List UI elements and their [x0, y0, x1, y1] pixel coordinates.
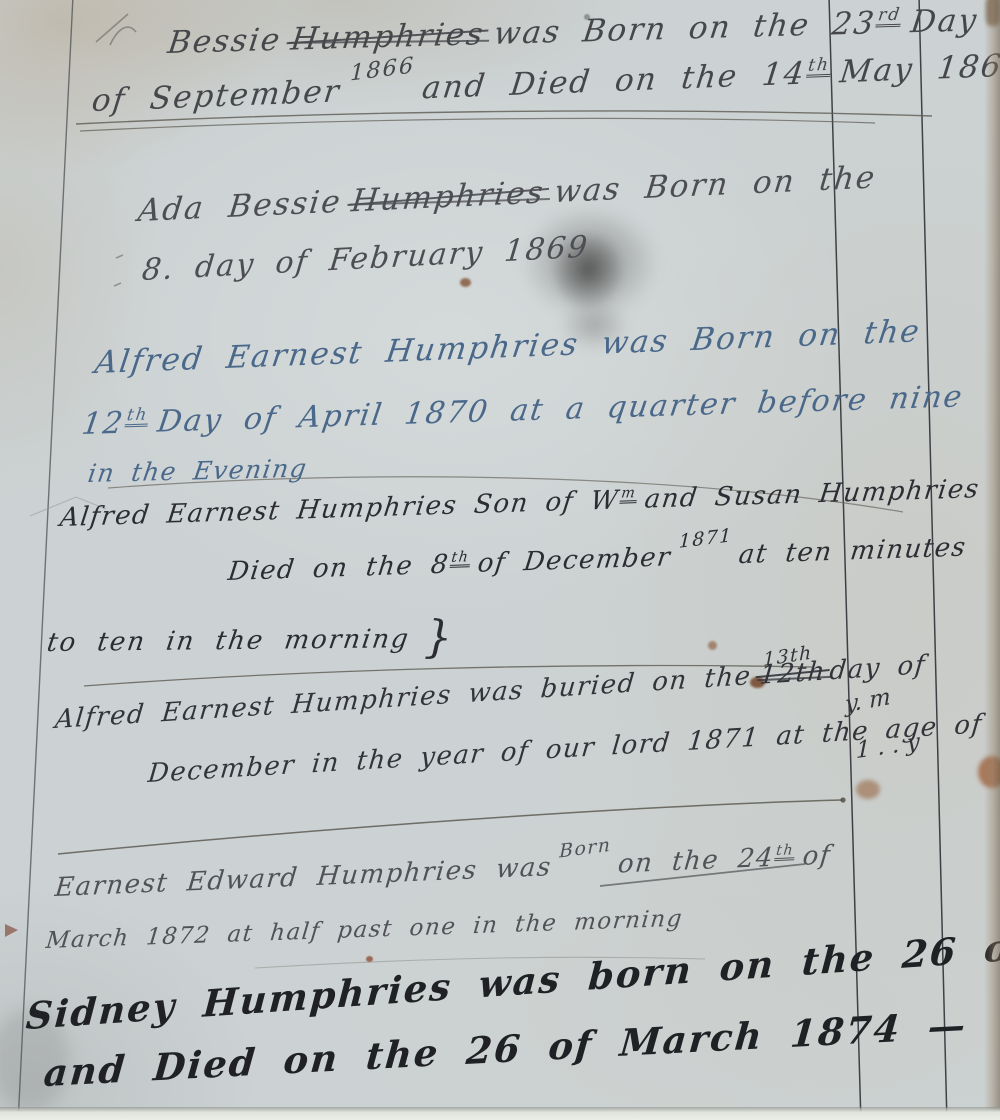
text-segment: Alfred Earnest Humphries was Born on the [93, 313, 924, 381]
text-segment: 12 [80, 406, 127, 443]
text-segment: Alfred Earnest Humphries Son of W [58, 485, 621, 533]
text-segment: Day [909, 2, 981, 40]
text-segment: Sidney Humphries was born on the 26 of J… [24, 910, 1000, 1038]
entry-separator-3 [58, 800, 842, 854]
ordinal-superscript: th [806, 57, 832, 78]
text-segment: March 1872 at half past one in the morni… [45, 906, 685, 954]
strikethrough-text: 12th [758, 656, 827, 690]
insertion-stroke [600, 864, 805, 886]
record-line-alfred-birth-2: 12thDay of April 1870 at a quarter befor… [80, 380, 966, 442]
text-segment: of September [90, 73, 343, 119]
text-segment: day of [828, 650, 927, 686]
ordinal-superscript: rd [876, 7, 904, 28]
faint-pencil-line [255, 957, 705, 968]
text-segment: on the 24 [617, 843, 776, 880]
ink-smudge-tail [558, 298, 630, 352]
column-rule-2 [919, 0, 947, 1120]
ink-smudge-core [552, 232, 624, 310]
text-segment: 1 . . y [856, 729, 920, 764]
text-segment: May 1867 [838, 47, 1000, 90]
text-segment: and Died on the 26 of March 1874 — [42, 1002, 969, 1095]
pencil-scribble [96, 14, 136, 45]
page-edge-right [984, 0, 1000, 1120]
gray-speck [584, 14, 590, 20]
text-segment: of [801, 840, 832, 871]
text-segment: 8. day of February 1869 [140, 229, 590, 288]
brown-stain [978, 756, 1000, 788]
crease-mark [30, 497, 106, 516]
text-segment: at ten minutes [737, 532, 968, 570]
ditto-marks [114, 255, 123, 286]
ordinal-superscript: th [774, 843, 796, 861]
record-line-alfred-death-3: to ten in the morning} [44, 608, 458, 663]
text-segment: and Susan Humphries [643, 474, 982, 515]
strikethrough-text: Humphries [289, 16, 487, 58]
brown-stain [708, 641, 717, 650]
record-line-alfred-birth-1: Alfred Earnest Humphries was Born on the [93, 314, 924, 382]
record-line-alfred-burial-1: Alfred Earnest Humphries was buried on t… [54, 651, 928, 736]
entry-separator-1a [76, 111, 932, 124]
text-segment: and Died on the 14 [420, 55, 808, 106]
text-segment: Alfred Earnest Humphries was buried on t… [54, 661, 753, 735]
page-edge-stain [986, 0, 1000, 26]
text-segment: was Born on the [552, 159, 878, 210]
margin-age-note-1: y. m [845, 684, 891, 719]
margin-age-note-2: 1 . . y [856, 729, 920, 765]
text-segment: to ten in the morning [45, 624, 412, 658]
brown-stain [366, 956, 373, 962]
text-segment: December in the year of our lord 1871 at… [147, 709, 984, 789]
abbreviation-superscript: m [619, 486, 638, 504]
entry-separator-2 [84, 666, 812, 686]
brown-stain [750, 677, 765, 688]
closing-brace: } [419, 612, 460, 665]
record-line-alfred-birth-3: in the Evening [86, 455, 310, 489]
record-line-alfred-death-2: Died on the 8thof December1871at ten min… [226, 533, 968, 588]
record-line-alfred-death-1: Alfred Earnest Humphries Son of Wmand Su… [58, 475, 981, 534]
flourish-underline [108, 477, 903, 512]
record-line-ada-1: Ada BessieHumphrieswas Born on the [136, 160, 878, 229]
text-segment: y. m [845, 684, 891, 718]
text-segment: Earnest Edward Humphries was [54, 852, 554, 903]
inserted-word: Born [559, 835, 611, 863]
record-line-earnest-edward-2: March 1872 at half past one in the morni… [45, 906, 685, 955]
text-segment: Day of April 1870 at a quarter before ni… [155, 379, 966, 439]
record-line-bessie-1: BessieHumphrieswas Born on the 23rdDay [166, 3, 980, 61]
text-segment: of December [476, 542, 673, 579]
record-line-alfred-burial-2: December in the year of our lord 1871 at… [147, 710, 984, 790]
pencil-dot [840, 797, 845, 802]
record-line-earnest-edward-1: Earnest Edward Humphries wasBornon the 2… [54, 841, 833, 904]
text-segment: Bessie [166, 22, 284, 61]
brown-stain [460, 278, 471, 287]
record-line-sidney-2: and Died on the 26 of March 1874 — [42, 1003, 969, 1094]
text-segment: Ada Bessie [136, 184, 344, 229]
text-segment: in the Evening [86, 454, 310, 488]
ordinal-superscript: th [449, 550, 471, 568]
column-rule-1 [829, 0, 861, 1120]
corner-smudge [0, 1008, 70, 1112]
ruled-lines-overlay [0, 0, 1000, 1120]
inserted-year: 1871 [679, 525, 734, 553]
ordinal-superscript: th [124, 406, 150, 426]
register-page: BessieHumphrieswas Born on the 23rdDay o… [0, 0, 1000, 1120]
text-segment: Died on the 8 [226, 550, 451, 587]
strikethrough-text: Humphries [350, 174, 547, 219]
record-line-bessie-2: of September1866and Died on the 14thMay … [90, 48, 1000, 120]
left-margin-rule [18, 0, 73, 1120]
brown-stain [856, 780, 880, 799]
text-segment: was Born on the 23 [492, 5, 878, 52]
entry-separator-1b [80, 118, 875, 131]
page-edge-bottom [0, 1107, 1000, 1120]
record-line-ada-2: 8. day of February 1869 [140, 230, 590, 288]
red-tick-mark [5, 924, 18, 937]
ink-smudge [520, 205, 660, 320]
record-line-sidney-1: Sidney Humphries was born on the 26 of J… [25, 911, 1000, 1038]
inserted-correction: 13th [763, 642, 813, 671]
inserted-year: 1866 [349, 53, 415, 87]
